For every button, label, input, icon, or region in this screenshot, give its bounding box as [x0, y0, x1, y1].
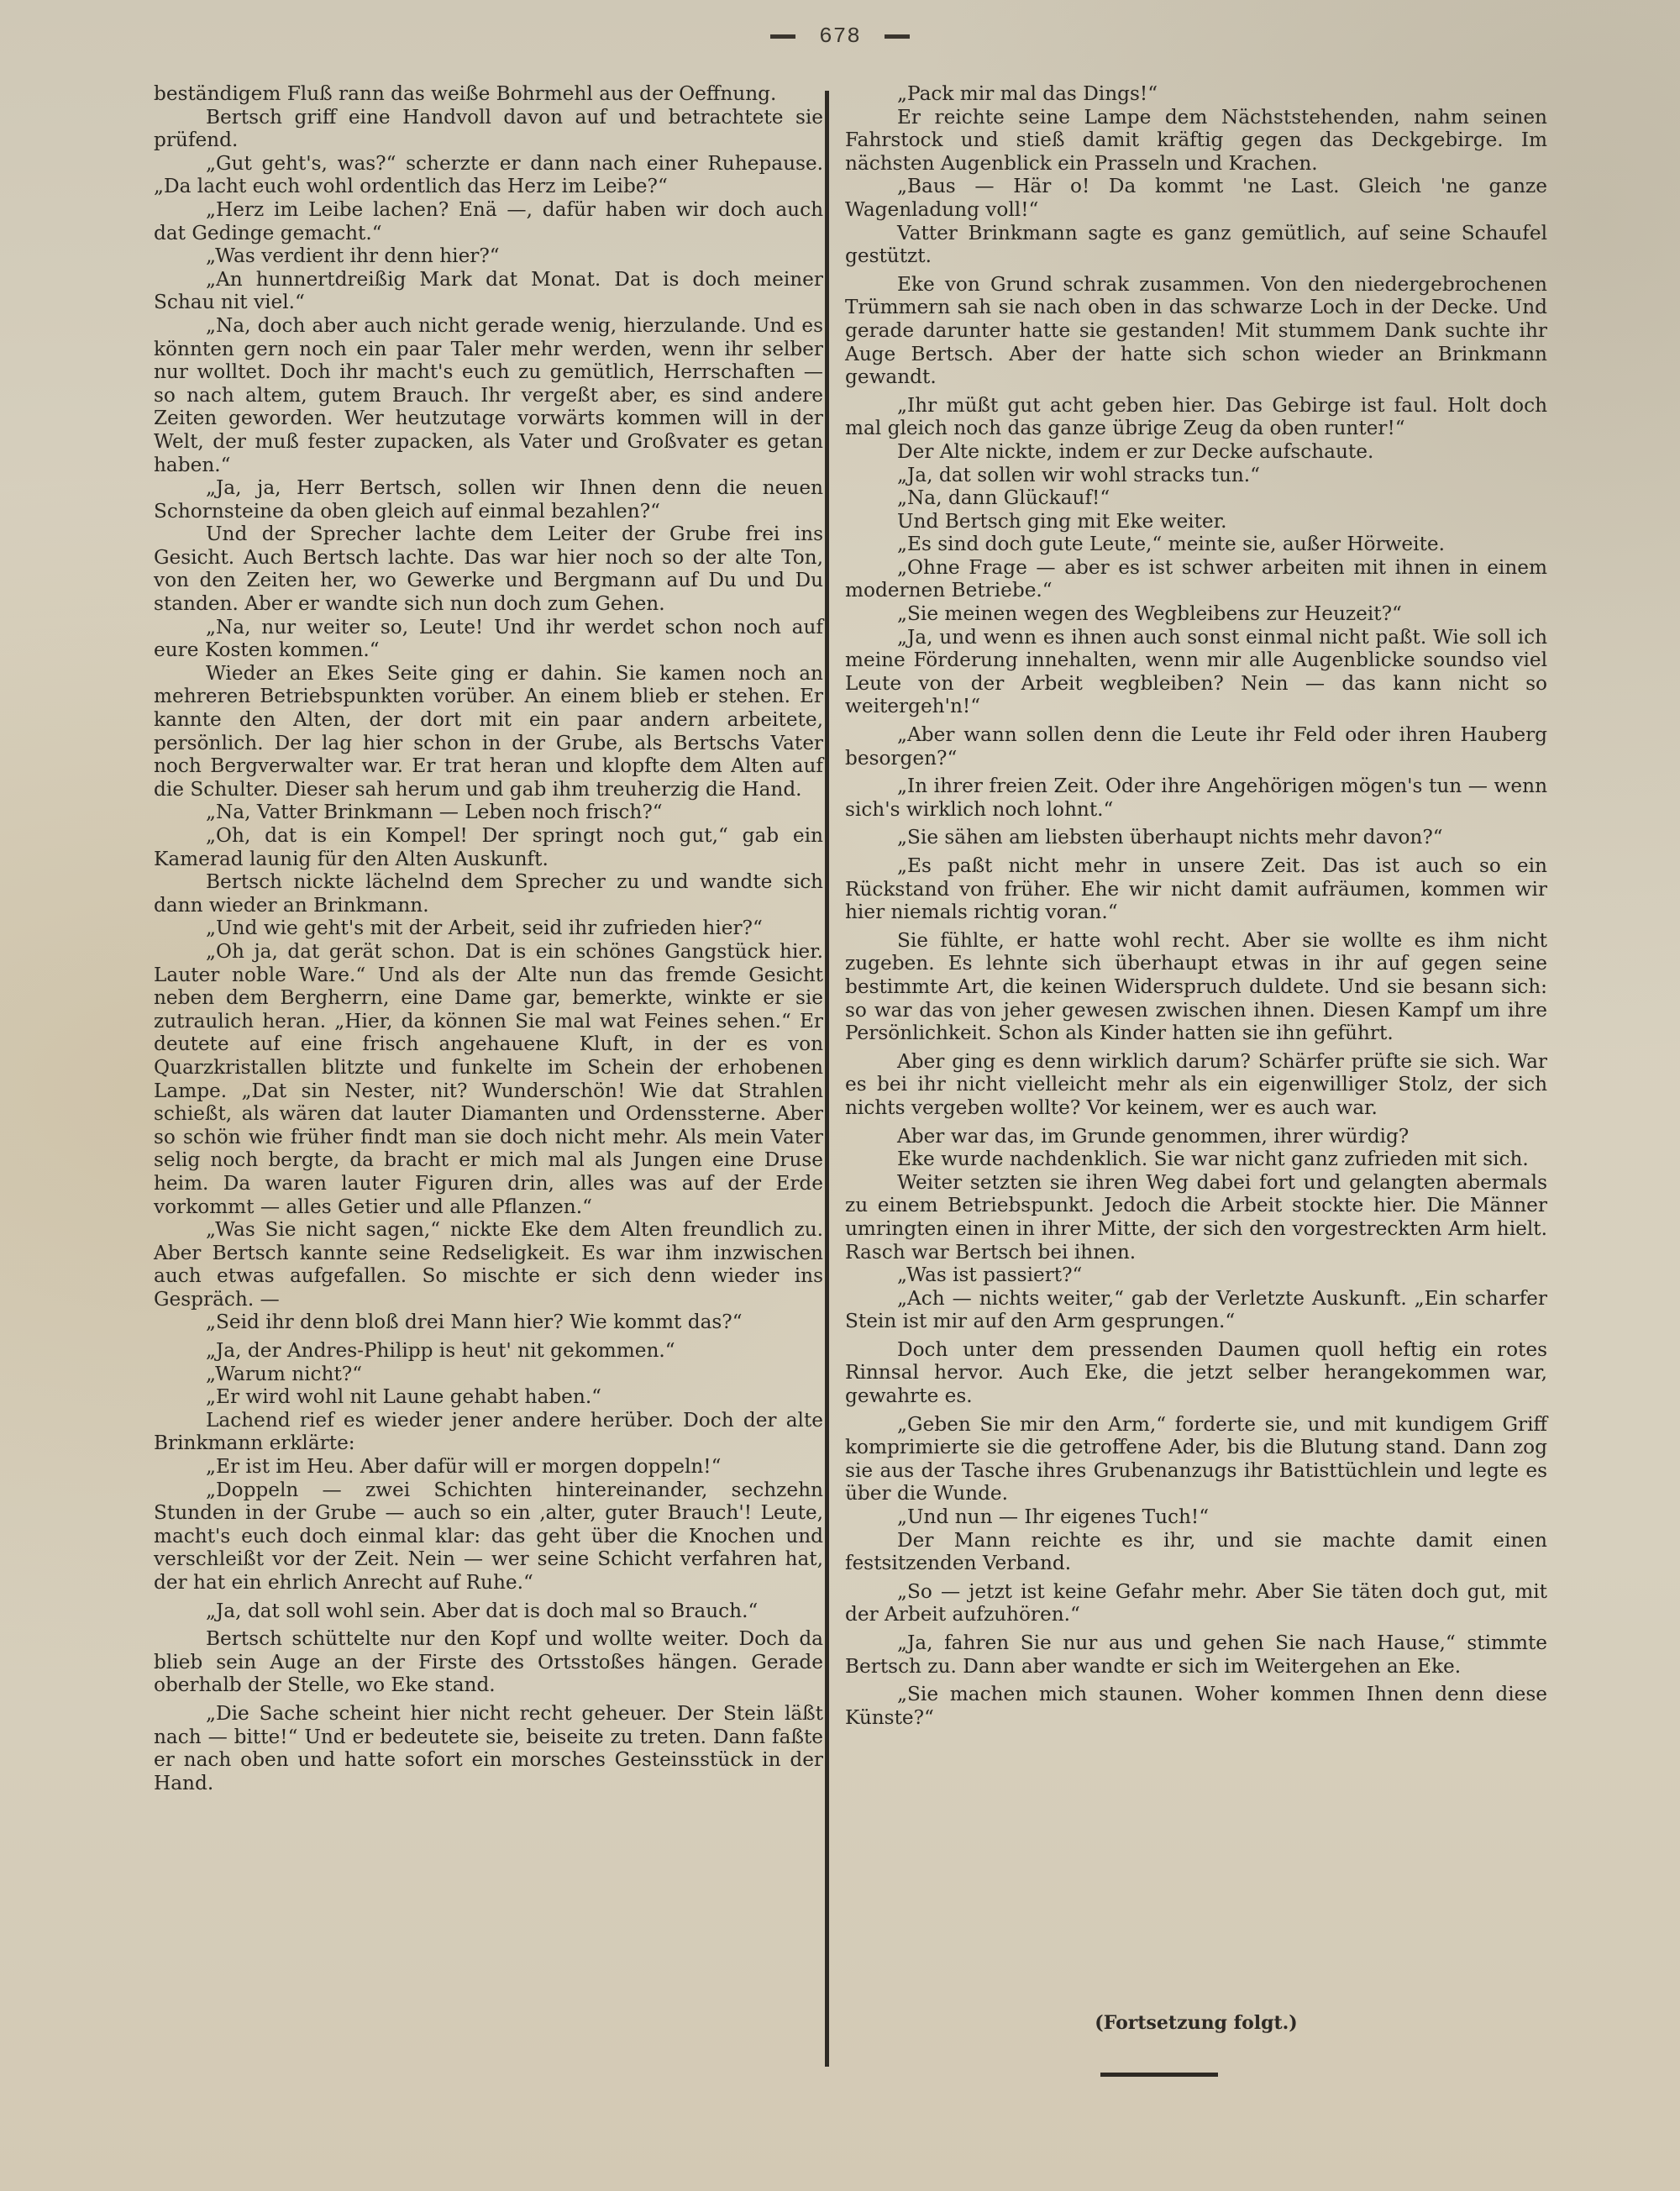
paragraph: „Na, doch aber auch nicht gerade wenig, … — [154, 314, 823, 476]
paragraph: Eke wurde nachdenklich. Sie war nicht ga… — [845, 1148, 1547, 1171]
paragraph: „Na, Vatter Brinkmann — Leben noch frisc… — [154, 801, 823, 824]
right-column: „Pack mir mal das Dings!“ Er reichte sei… — [845, 82, 1547, 1729]
paragraph: „Sie machen mich staunen. Woher kommen I… — [845, 1683, 1547, 1729]
paragraph: „Ach — nichts weiter,“ gab der Verletzte… — [845, 1287, 1547, 1333]
paragraph: „Pack mir mal das Dings!“ — [845, 82, 1547, 106]
paragraph: „Ja, dat sollen wir wohl stracks tun.“ — [845, 464, 1547, 487]
page-number: 678 — [819, 24, 861, 49]
paragraph: „Ihr müßt gut acht geben hier. Das Gebir… — [845, 394, 1547, 440]
paragraph: „Ja, der Andres-Philipp is heut' nit gek… — [154, 1339, 823, 1363]
paragraph: Weiter setzten sie ihren Weg dabei fort … — [845, 1171, 1547, 1264]
paragraph: „Was ist passiert?“ — [845, 1264, 1547, 1287]
paragraph: Aber ging es denn wirklich darum? Schärf… — [845, 1050, 1547, 1120]
paragraph: beständigem Fluß rann das weiße Bohrmehl… — [154, 82, 823, 106]
paragraph: „Seid ihr denn bloß drei Mann hier? Wie … — [154, 1311, 823, 1334]
paragraph: Sie fühlte, er hatte wohl recht. Aber si… — [845, 929, 1547, 1045]
end-rule — [1100, 2073, 1218, 2077]
paragraph: „Ja, fahren Sie nur aus und gehen Sie na… — [845, 1631, 1547, 1678]
paragraph: „Was verdient ihr denn hier?“ — [154, 244, 823, 268]
paragraph: „Na, dann Glückauf!“ — [845, 486, 1547, 510]
paragraph: „Oh, dat is ein Kompel! Der springt noch… — [154, 824, 823, 870]
paragraph: „Er ist im Heu. Aber dafür will er morge… — [154, 1455, 823, 1479]
paragraph: Lachend rief es wieder jener andere herü… — [154, 1409, 823, 1455]
paragraph: „Es sind doch gute Leute,“ meinte sie, a… — [845, 533, 1547, 556]
paragraph: „Geben Sie mir den Arm,“ forderte sie, u… — [845, 1413, 1547, 1505]
paragraph: „Warum nicht?“ — [154, 1363, 823, 1386]
paragraph: „Es paßt nicht mehr in unsere Zeit. Das … — [845, 854, 1547, 924]
paragraph: „Ja, und wenn es ihnen auch sonst einmal… — [845, 626, 1547, 718]
paragraph: „Sie sähen am liebsten überhaupt nichts … — [845, 826, 1547, 849]
paragraph: „In ihrer freien Zeit. Oder ihre Angehör… — [845, 775, 1547, 821]
paragraph: Vatter Brinkmann sagte es ganz gemütlich… — [845, 222, 1547, 268]
column-divider-rule — [825, 91, 829, 2067]
paragraph: Und Bertsch ging mit Eke weiter. — [845, 510, 1547, 533]
paragraph: „So — jetzt ist keine Gefahr mehr. Aber … — [845, 1580, 1547, 1626]
page-number-header: 678 — [0, 24, 1680, 49]
paragraph: Doch unter dem pressenden Daumen quoll h… — [845, 1338, 1547, 1408]
paragraph: „Und nun — Ihr eigenes Tuch!“ — [845, 1505, 1547, 1529]
paragraph: „Doppeln — zwei Schichten hintereinander… — [154, 1479, 823, 1595]
paragraph: Und der Sprecher lachte dem Leiter der G… — [154, 523, 823, 615]
left-column: beständigem Fluß rann das weiße Bohrmehl… — [154, 82, 823, 1794]
paragraph: „Er wird wohl nit Laune gehabt haben.“ — [154, 1385, 823, 1409]
paragraph: „Aber wann sollen denn die Leute ihr Fel… — [845, 723, 1547, 770]
paragraph: „Herz im Leibe lachen? Enä —, dafür habe… — [154, 198, 823, 244]
paragraph: Bertsch schüttelte nur den Kopf und woll… — [154, 1627, 823, 1697]
paragraph: „Oh ja, dat gerät schon. Dat is ein schö… — [154, 940, 823, 1218]
paragraph: „Ja, dat soll wohl sein. Aber dat is doc… — [154, 1600, 823, 1623]
paragraph: „An hunnertdreißig Mark dat Monat. Dat i… — [154, 268, 823, 314]
paragraph: „Baus — Här o! Da kommt 'ne Last. Gleich… — [845, 175, 1547, 221]
paragraph: „Was Sie nicht sagen,“ nickte Eke dem Al… — [154, 1218, 823, 1311]
continuation-note: (Fortsetzung folgt.) — [845, 2012, 1547, 2034]
paragraph: Der Alte nickte, indem er zur Decke aufs… — [845, 440, 1547, 464]
paragraph: Wieder an Ekes Seite ging er dahin. Sie … — [154, 662, 823, 801]
paragraph: „Die Sache scheint hier nicht recht gehe… — [154, 1702, 823, 1794]
paragraph: Der Mann reichte es ihr, und sie machte … — [845, 1529, 1547, 1575]
paragraph: „Und wie geht's mit der Arbeit, seid ihr… — [154, 917, 823, 940]
paragraph: „Ja, ja, Herr Bertsch, sollen wir Ihnen … — [154, 476, 823, 523]
paragraph: „Na, nur weiter so, Leute! Und ihr werde… — [154, 616, 823, 662]
paragraph: „Ohne Frage — aber es ist schwer arbeite… — [845, 556, 1547, 602]
paragraph: Bertsch nickte lächelnd dem Sprecher zu … — [154, 870, 823, 917]
header-dash-left — [770, 34, 795, 39]
paragraph: Er reichte seine Lampe dem Nächststehend… — [845, 106, 1547, 176]
paragraph: „Sie meinen wegen des Wegbleibens zur He… — [845, 602, 1547, 626]
paragraph: „Gut geht's, was?“ scherzte er dann nach… — [154, 152, 823, 198]
paragraph: Bertsch griff eine Handvoll davon auf un… — [154, 106, 823, 152]
paragraph: Eke von Grund schrak zusammen. Von den n… — [845, 273, 1547, 389]
paragraph: Aber war das, im Grunde genommen, ihrer … — [845, 1125, 1547, 1148]
header-dash-right — [885, 34, 910, 39]
